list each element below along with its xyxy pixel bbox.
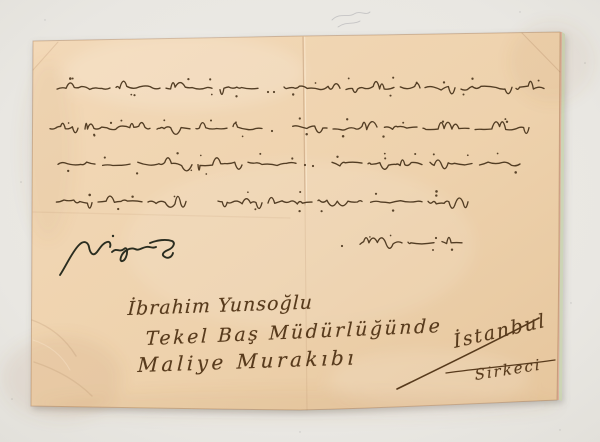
photograph-of-letter: İbrahim Yunsoğlu Tekel Baş Müdürlüğünde … [0, 0, 600, 442]
